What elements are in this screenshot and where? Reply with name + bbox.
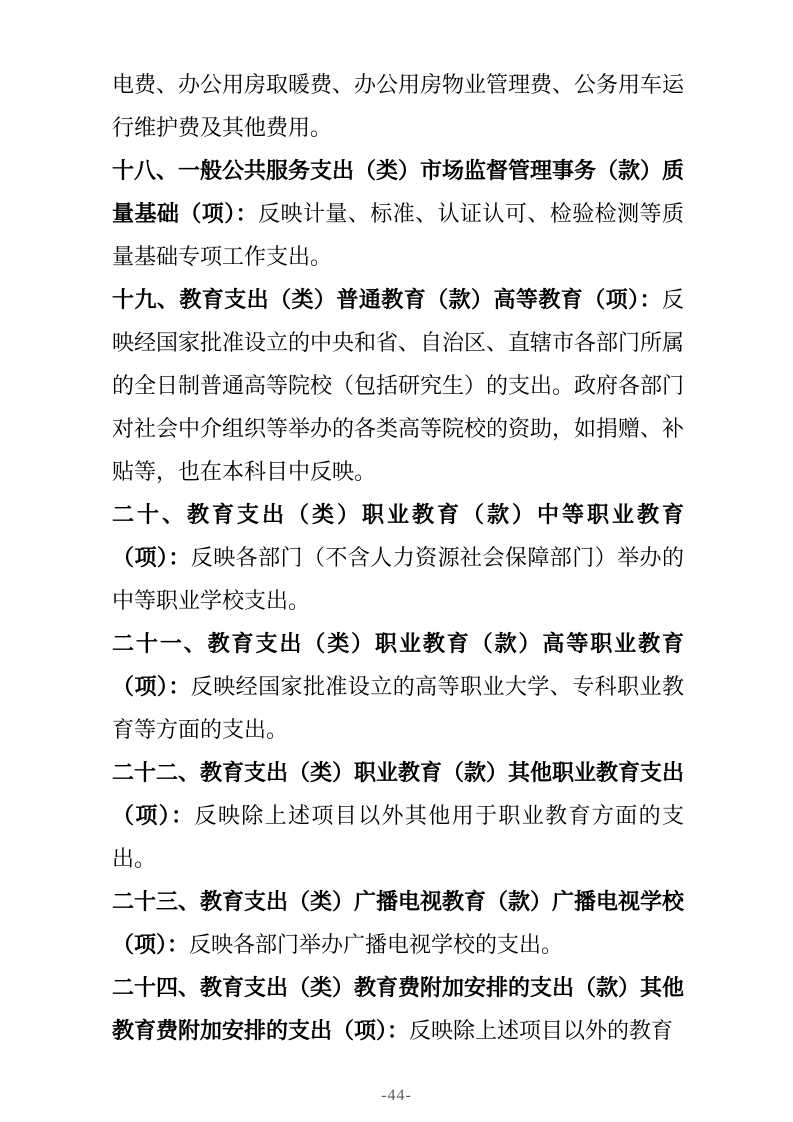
paragraph-text: 电费、办公用房取暖费、办公用房物业管理费、公务用车运行维护费及其他费用。 bbox=[112, 72, 684, 140]
paragraph-section-21: 二十一、教育支出（类）职业教育（款）高等职业教育（项）：反映经国家批准设立的高等… bbox=[112, 622, 684, 751]
paragraph-text: 反映除上述项目以外其他用于职业教育方面的支出。 bbox=[112, 803, 684, 871]
paragraph-section-24: 二十四、教育支出（类）教育费附加安排的支出（款）其他教育费附加安排的支出（项）：… bbox=[112, 966, 684, 1052]
paragraph-text: 反映各部门（不含人力资源社会保障部门）举办的中等职业学校支出。 bbox=[112, 545, 684, 613]
paragraph-section-18: 十八、一般公共服务支出（类）市场监督管理事务（款）质量基础（项）：反映计量、标准… bbox=[112, 149, 684, 278]
paragraph-section-20: 二十、教育支出（类）职业教育（款）中等职业教育（项）：反映各部门（不含人力资源社… bbox=[112, 493, 684, 622]
paragraph-section-23: 二十三、教育支出（类）广播电视教育（款）广播电视学校（项）：反映各部门举办广播电… bbox=[112, 880, 684, 966]
page-number: -44- bbox=[0, 1087, 793, 1105]
paragraph-continuation: 电费、办公用房取暖费、办公用房物业管理费、公务用车运行维护费及其他费用。 bbox=[112, 63, 684, 149]
paragraph-text: 反映经国家批准设立的中央和省、自治区、直辖市各部门所属的全日制普通高等院校（包括… bbox=[112, 287, 684, 484]
paragraph-section-22: 二十二、教育支出（类）职业教育（款）其他职业教育支出（项）：反映除上述项目以外其… bbox=[112, 751, 684, 880]
paragraph-text: 反映除上述项目以外的教育 bbox=[409, 1018, 673, 1043]
paragraph-text: 反映经国家批准设立的高等职业大学、专科职业教育等方面的支出。 bbox=[112, 674, 684, 742]
document-body: 电费、办公用房取暖费、办公用房物业管理费、公务用车运行维护费及其他费用。 十八、… bbox=[112, 63, 684, 1052]
paragraph-heading: 十九、教育支出（类）普通教育（款）高等教育（项）： bbox=[112, 287, 662, 312]
paragraph-section-19: 十九、教育支出（类）普通教育（款）高等教育（项）：反映经国家批准设立的中央和省、… bbox=[112, 278, 684, 493]
document-page: 电费、办公用房取暖费、办公用房物业管理费、公务用车运行维护费及其他费用。 十八、… bbox=[0, 0, 793, 1122]
paragraph-text: 反映各部门举办广播电视学校的支出。 bbox=[189, 932, 563, 957]
